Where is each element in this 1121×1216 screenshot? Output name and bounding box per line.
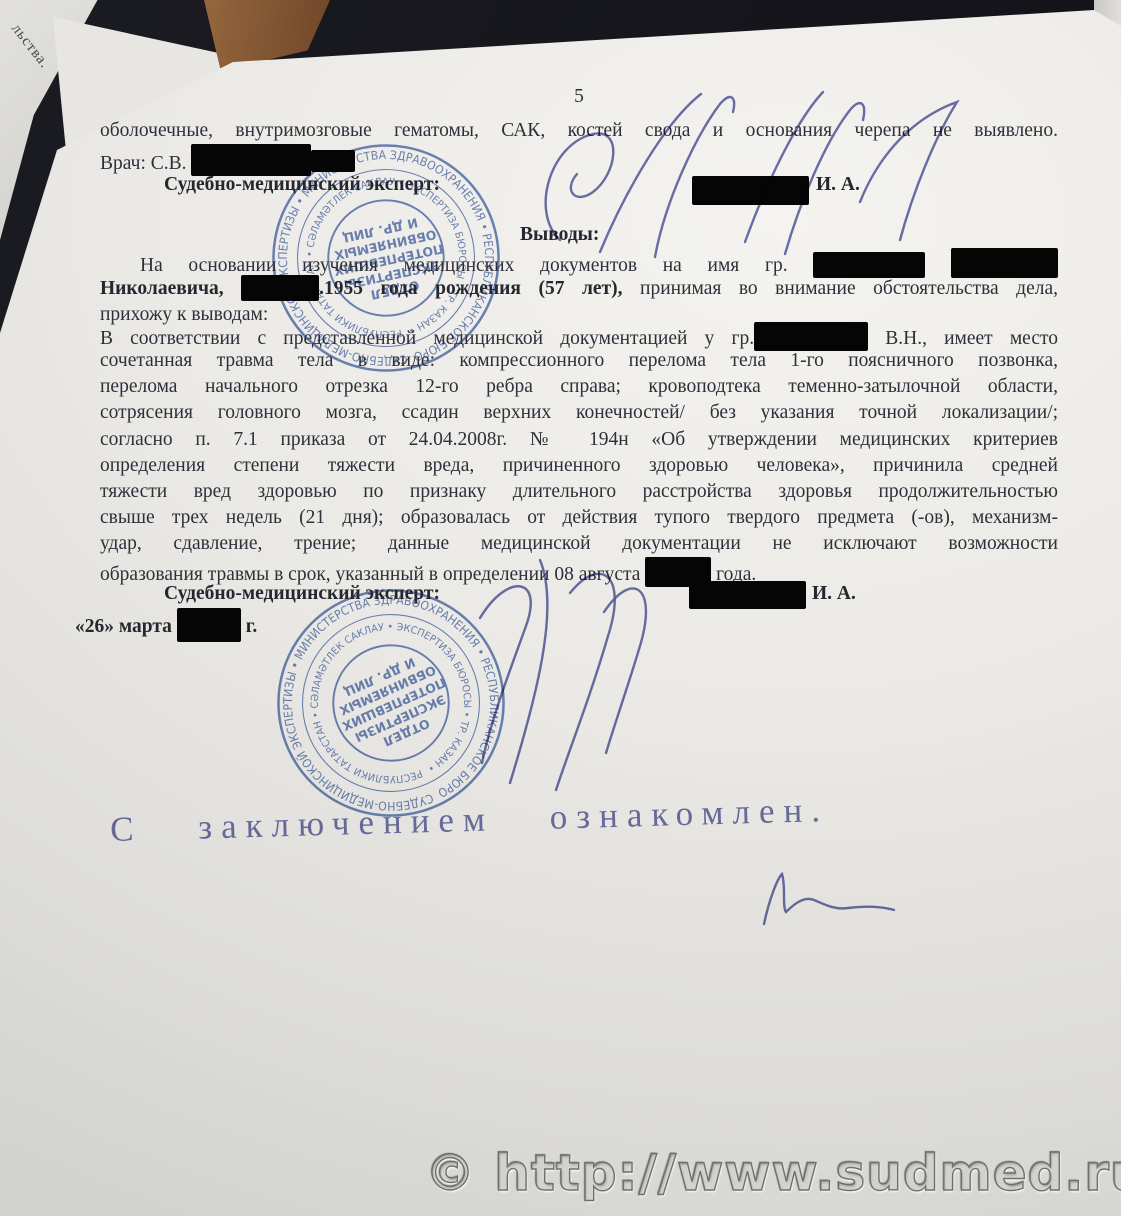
- expert-initials: И. А.: [812, 581, 856, 607]
- body-line: Николаевича, .1955 года рождения (57 лет…: [100, 275, 1058, 302]
- redaction-bar: [241, 275, 319, 301]
- expert-signature-bottom: [452, 548, 682, 798]
- acknowledgement-signature: [752, 866, 902, 936]
- expert-label: Судебно-медицинский эксперт:: [164, 174, 440, 195]
- body-line: тяжести вред здоровью по признаку длител…: [100, 479, 1058, 505]
- redaction-bar: [311, 150, 355, 172]
- body-line: сочетанная травма тела в виде: компресси…: [100, 348, 1058, 374]
- side-page-fragment-text: льства.: [7, 21, 52, 72]
- document-photo: льства. СУДЕБНО-МЕДИЦИНСКОЙ ЭКСПЕРТИЗЫ •…: [0, 0, 1121, 1216]
- body-line: определения степени тяжести вреда, причи…: [100, 453, 1058, 479]
- redaction-bar: [689, 581, 806, 609]
- watermark: © http://www.sudmed.ru: [425, 1144, 1121, 1202]
- stamp-center-text: ОТДЕЛ ЭКСПЕРТИЗЫ ПОТЕРПЕВШИХ ОБВИНЯЕМЫХ …: [324, 647, 461, 764]
- body-line: свыше трех недель (21 дня); образовалась…: [100, 505, 1058, 531]
- expert-label: Судебно-медицинский эксперт:: [164, 583, 440, 604]
- body-line: согласно п. 7.1 приказа от 24.04.2008г. …: [100, 427, 1058, 453]
- handwritten-acknowledgement: С заключением ознакомлен.: [110, 790, 831, 850]
- document-page: СУДЕБНО-МЕДИЦИНСКОЙ ЭКСПЕРТИЗЫ • МИНИСТЕ…: [0, 0, 1121, 1216]
- redaction-bar: [754, 322, 868, 351]
- expert-signature-top: [505, 82, 975, 262]
- body-line: сотрясения головного мозга, ссадин верхн…: [100, 400, 1058, 426]
- redaction-bar: [177, 608, 241, 642]
- body-line: перелома начального отрезка 12-го ребра …: [100, 374, 1058, 400]
